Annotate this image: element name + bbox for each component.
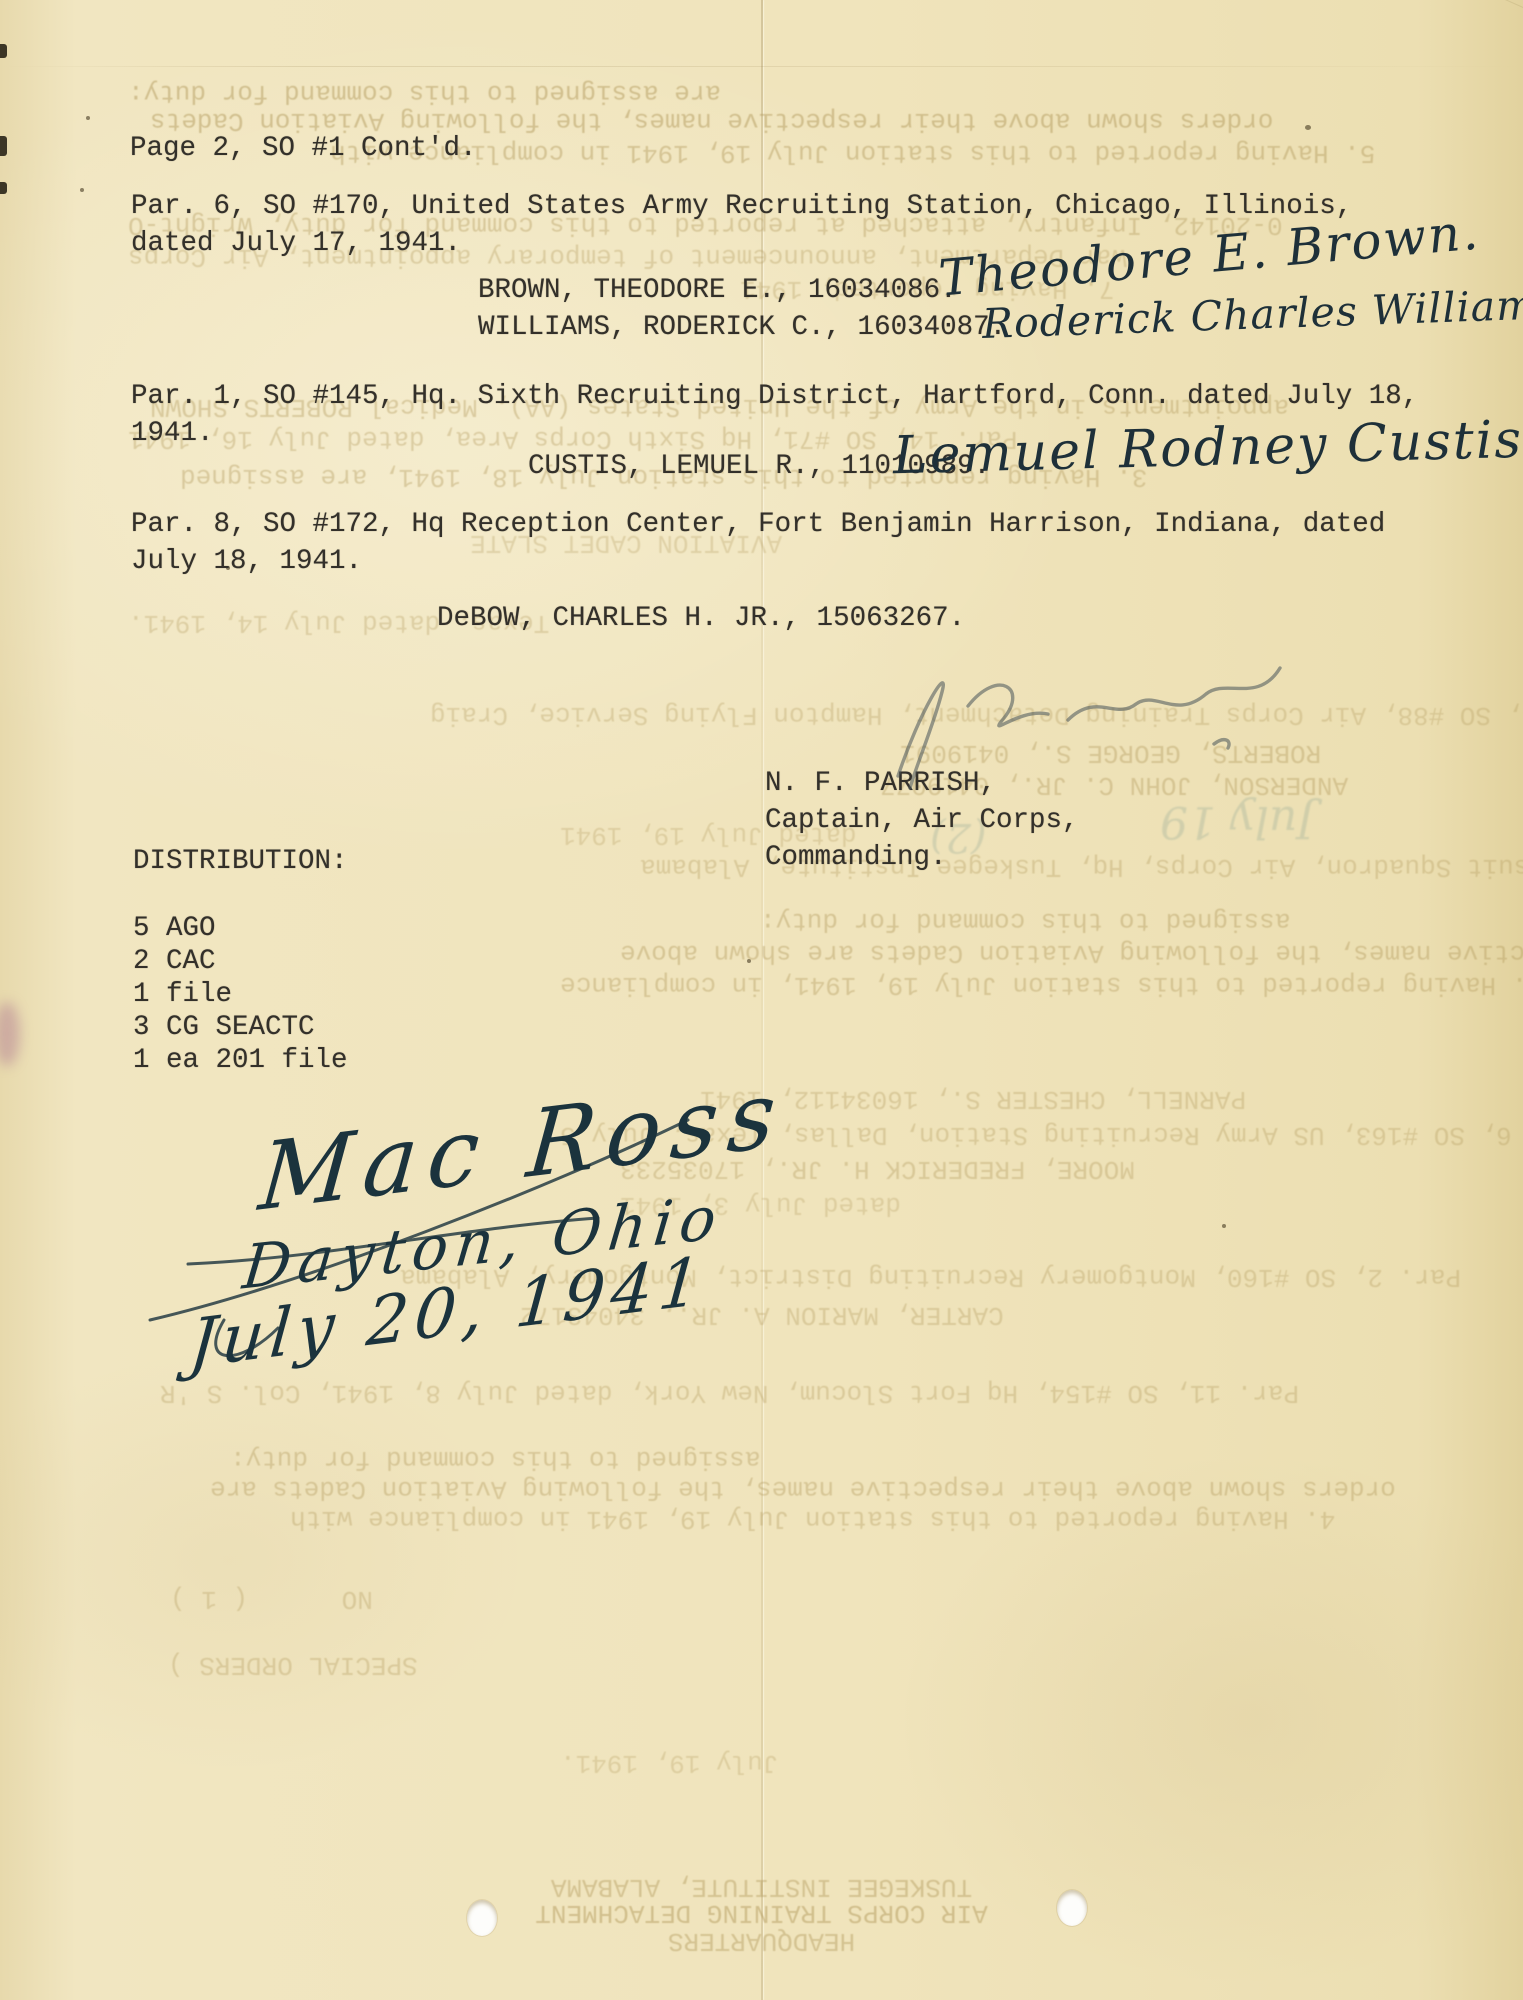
edge-ink-mark bbox=[0, 182, 7, 194]
signing-officer-rank: Captain, Air Corps, bbox=[765, 802, 1079, 839]
bleed-through-line: SPECIAL ORDERS ) bbox=[168, 1650, 418, 1680]
punch-hole-right bbox=[1057, 1890, 1087, 1926]
roster-entry-debow: DeBOW, CHARLES H. JR., 15063267. bbox=[437, 600, 965, 637]
distribution-item: 3 CG SEACTC bbox=[133, 1009, 315, 1046]
paragraph-6-line-1: Par. 6, SO #170, United States Army Recr… bbox=[131, 188, 1352, 225]
bleed-through-line: AIR CORPS TRAINING DETACHMENT bbox=[0, 1898, 1523, 1928]
distribution-item: 2 CAC bbox=[133, 943, 216, 980]
bleed-through-line: 4. Having reported to this station July … bbox=[290, 1504, 1335, 1534]
paragraph-8-line-2: July 18, 1941. bbox=[131, 543, 362, 580]
bleed-through-line: orders shown above their respective name… bbox=[210, 1474, 1396, 1504]
bleed-through-line: assigned to this command for duty: bbox=[760, 906, 1291, 936]
page-header: Page 2, SO #1 Cont'd. bbox=[130, 130, 477, 167]
distribution-item: 5 AGO bbox=[133, 910, 216, 947]
horizontal-fold-crease bbox=[0, 66, 1523, 67]
bleed-through-line: Par. 11, SO #154, Hq Fort Slocum, New Yo… bbox=[160, 1378, 1299, 1408]
paragraph-8-line-1: Par. 8, SO #172, Hq Reception Center, Fo… bbox=[131, 506, 1385, 543]
diagonal-crease bbox=[1248, 0, 1523, 56]
bleed-through-line: are assigned to this command for duty: bbox=[128, 78, 721, 108]
paragraph-1-line-1: Par. 1, SO #145, Hq. Sixth Recruiting Di… bbox=[131, 378, 1418, 415]
signing-officer-role: Commanding. bbox=[765, 839, 947, 876]
roster-entry-brown: BROWN, THEODORE E., 16034086. bbox=[478, 272, 957, 309]
paragraph-6-line-2: dated July 17, 1941. bbox=[131, 225, 461, 262]
bleed-through-line: July 19, 1941. bbox=[560, 1748, 778, 1778]
edge-ink-mark bbox=[0, 44, 7, 58]
distribution-item: 1 file bbox=[133, 976, 232, 1013]
edge-ink-mark bbox=[0, 136, 7, 156]
parrish-signature-scrawl bbox=[872, 648, 1302, 798]
distribution-header: DISTRIBUTION: bbox=[133, 843, 348, 880]
paper-speck bbox=[86, 116, 90, 120]
bleed-through-line: July 19 bbox=[1160, 796, 1315, 847]
punch-hole-left bbox=[467, 1900, 497, 1936]
roster-entry-williams: WILLIAMS, RODERICK C., 16034087. bbox=[478, 309, 1006, 346]
bleed-through-line: 5. Having reported to this station July … bbox=[560, 970, 1523, 1000]
bleed-through-line: their respective names, the following Av… bbox=[620, 938, 1523, 968]
paper-speck bbox=[1222, 1224, 1226, 1228]
bleed-through-line: 5. Having reported to this station July … bbox=[330, 138, 1375, 168]
paper-speck bbox=[1305, 125, 1311, 130]
bleed-through-line: HEADQUARTERS bbox=[0, 1926, 1523, 1956]
ink-smudge bbox=[0, 1002, 20, 1066]
scanned-document-page: are assigned to this command for duty:or… bbox=[0, 0, 1523, 2000]
bleed-through-line: assigned to this command for duty: bbox=[230, 1444, 761, 1474]
bleed-through-line: NO ( 1 ) bbox=[170, 1584, 373, 1614]
paragraph-1-line-2: 1941. bbox=[131, 415, 214, 452]
paper-speck bbox=[80, 188, 84, 192]
